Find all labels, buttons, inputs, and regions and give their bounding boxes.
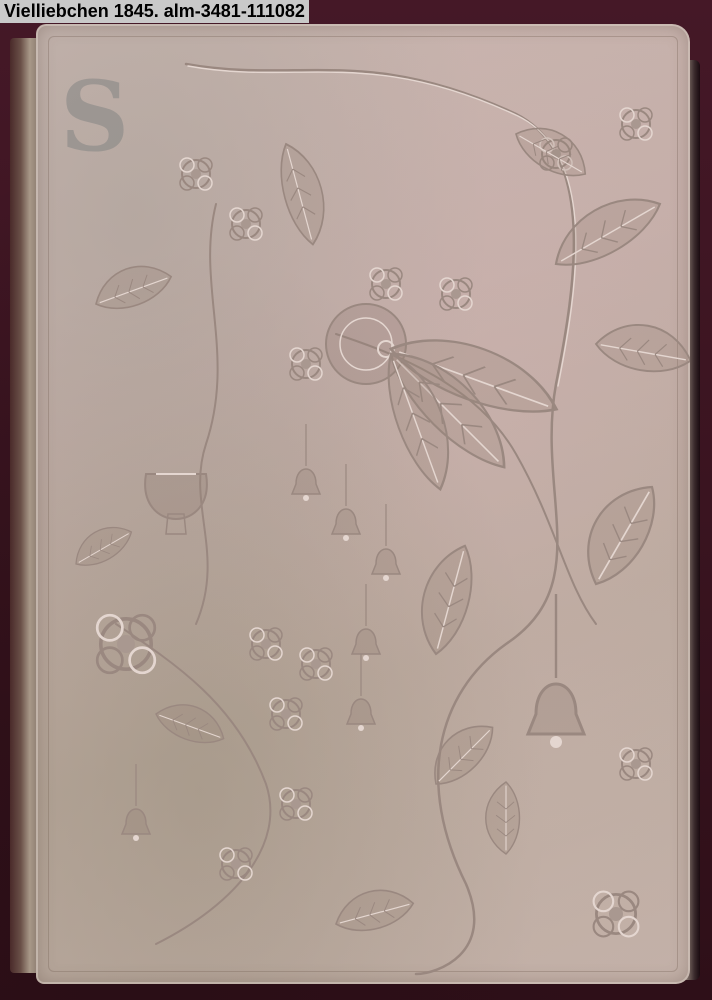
- book-cover: S: [36, 24, 690, 984]
- floral-emboss-pattern: [36, 24, 690, 984]
- image-caption-label: Vielliebchen 1845. alm-3481-111082: [0, 0, 309, 23]
- book: S: [10, 20, 700, 990]
